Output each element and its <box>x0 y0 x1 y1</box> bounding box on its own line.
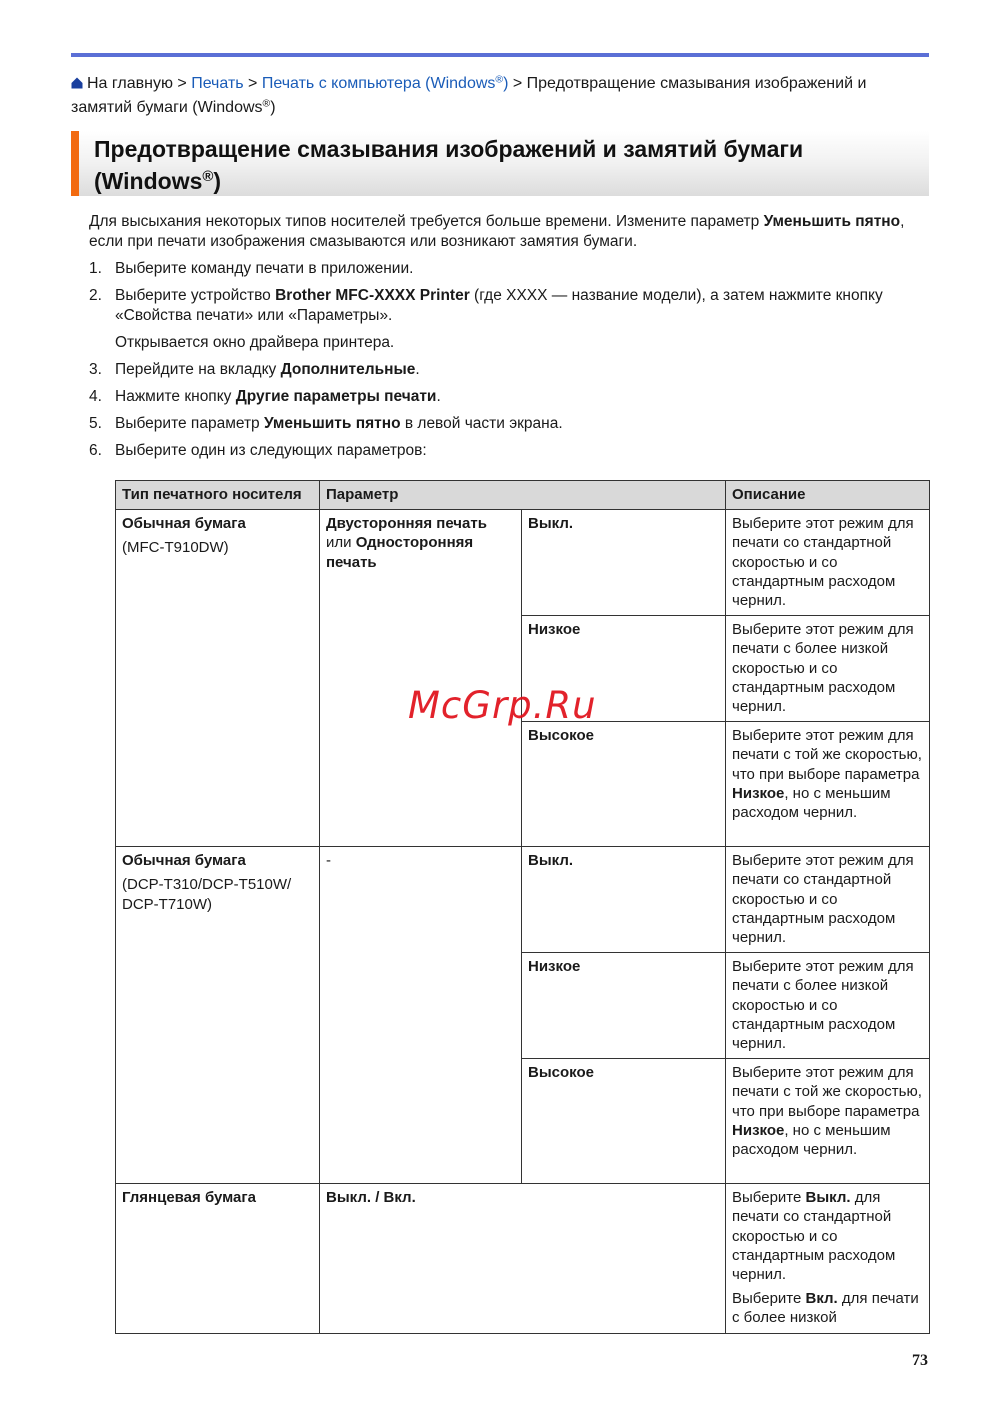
description-cell: Выберите этот режим для печати с той же … <box>726 1059 930 1184</box>
step-text: Выберите команду печати в приложении. <box>115 260 413 277</box>
breadcrumb-home[interactable]: На главную <box>87 75 173 92</box>
param-or: или <box>326 534 356 551</box>
step-item: 5.Выберите параметр Уменьшить пятно в ле… <box>89 414 929 434</box>
step-text: Нажмите кнопку <box>115 388 236 405</box>
header-parameter: Параметр <box>320 481 726 510</box>
description-cell: Выберите этот режим для печати с той же … <box>726 722 930 847</box>
breadcrumb-separator: > <box>173 75 191 92</box>
step-number: 3. <box>89 360 102 380</box>
param-bold: Выкл. / Вкл. <box>326 1189 416 1206</box>
step-text: Выберите параметр <box>115 415 264 432</box>
media-name: Глянцевая бумага <box>122 1189 256 1206</box>
description-cell: Выберите этот режим для печати с более н… <box>726 953 930 1059</box>
settings-table: Тип печатного носителя Параметр Описание… <box>115 480 930 1334</box>
breadcrumb-separator: > <box>508 75 526 92</box>
description-cell: Выберите этот режим для печати со станда… <box>726 510 930 616</box>
page-number: 73 <box>912 1352 928 1370</box>
page-title-text: Предотвращение смазывания изображений и … <box>94 136 803 194</box>
step-bold: Уменьшить пятно <box>264 415 401 432</box>
param-cell: - <box>320 847 522 1184</box>
step-number: 4. <box>89 387 102 407</box>
level-label: Низкое <box>528 621 580 638</box>
level-cell: Высокое <box>522 1059 726 1184</box>
table-header-row: Тип печатного носителя Параметр Описание <box>116 481 930 510</box>
step-number: 6. <box>89 441 102 461</box>
step-bold: Другие параметры печати <box>236 388 437 405</box>
home-icon[interactable] <box>71 77 83 89</box>
breadcrumb-link-text: Печать с компьютера (Windows <box>262 75 496 92</box>
param-cell: Двусторонняя печатьили Односторонняя печ… <box>320 510 522 847</box>
media-name: Обычная бумага <box>122 515 246 532</box>
registered-mark: ® <box>202 168 213 185</box>
intro-paragraph: Для высыхания некоторых типов носителей … <box>89 212 929 252</box>
desc-bold: Выкл. <box>806 1189 851 1206</box>
description-cell: Выберите этот режим для печати со станда… <box>726 847 930 953</box>
step-item: 3.Перейдите на вкладку Дополнительные. <box>89 360 929 380</box>
intro-text: Для высыхания некоторых типов носителей … <box>89 213 764 230</box>
level-cell: Низкое <box>522 616 726 722</box>
level-label: Низкое <box>528 958 580 975</box>
media-model: (DCP-T310/DCP-T510W/ DCP-T710W) <box>122 875 313 913</box>
step-text: Выберите один из следующих параметров: <box>115 442 427 459</box>
step-text: . <box>436 388 440 405</box>
breadcrumb-link-pc-print[interactable]: Печать с компьютера (Windows®) <box>262 75 509 92</box>
level-label: Выкл. <box>528 852 573 869</box>
step-text: Выберите устройство <box>115 287 275 304</box>
level-cell: Высокое <box>522 722 726 847</box>
header-description: Описание <box>726 481 930 510</box>
description-cell: Выберите Выкл. для печати со стандартной… <box>726 1184 930 1333</box>
step-text: . <box>415 361 419 378</box>
description-cell: Выберите этот режим для печати с более н… <box>726 616 930 722</box>
desc-text: Выберите <box>732 1189 805 1206</box>
step-number: 5. <box>89 414 102 434</box>
level-label: Высокое <box>528 727 594 744</box>
step-item: 1.Выберите команду печати в приложении. <box>89 259 929 279</box>
media-cell: Обычная бумага (MFC-T910DW) <box>116 510 320 847</box>
desc-bold: Вкл. <box>806 1290 838 1307</box>
registered-mark: ® <box>495 74 503 85</box>
breadcrumb-link-print[interactable]: Печать <box>191 75 243 92</box>
step-text: Перейдите на вкладку <box>115 361 281 378</box>
breadcrumb: На главную > Печать > Печать с компьютер… <box>71 72 929 120</box>
page-title: Предотвращение смазывания изображений и … <box>94 133 914 197</box>
breadcrumb-separator: > <box>244 75 262 92</box>
level-cell: Выкл. <box>522 510 726 616</box>
step-text: в левой части экрана. <box>401 415 563 432</box>
table-row: Глянцевая бумага Выкл. / Вкл. Выберите В… <box>116 1184 930 1333</box>
table-row: Обычная бумага (MFC-T910DW) Двусторонняя… <box>116 510 930 616</box>
title-accent-bar <box>71 131 79 196</box>
param-cell: Выкл. / Вкл. <box>320 1184 726 1333</box>
media-cell: Обычная бумага (DCP-T310/DCP-T510W/ DCP-… <box>116 847 320 1184</box>
top-rule <box>71 53 929 57</box>
breadcrumb-close-paren: ) <box>270 99 275 116</box>
desc-text: Выберите <box>732 1290 805 1307</box>
step-subtext: Открывается окно драйвера принтера. <box>115 333 929 353</box>
desc-bold: Низкое <box>732 785 784 802</box>
level-label: Высокое <box>528 1064 594 1081</box>
intro-bold: Уменьшить пятно <box>764 213 901 230</box>
page-title-close: ) <box>213 168 221 194</box>
desc-text: Выберите этот режим для печати с той же … <box>732 1064 922 1119</box>
table-row: Обычная бумага (DCP-T310/DCP-T510W/ DCP-… <box>116 847 930 953</box>
content: Для высыхания некоторых типов носителей … <box>89 212 929 468</box>
param-bold: Двусторонняя печать <box>326 515 487 532</box>
step-item: 4.Нажмите кнопку Другие параметры печати… <box>89 387 929 407</box>
step-number: 2. <box>89 286 102 306</box>
media-name: Обычная бумага <box>122 852 246 869</box>
step-bold: Дополнительные <box>281 361 416 378</box>
step-item: 2.Выберите устройство Brother MFC-XXXX P… <box>89 286 929 353</box>
media-cell: Глянцевая бумага <box>116 1184 320 1333</box>
step-bold: Brother MFC-XXXX Printer <box>275 287 470 304</box>
title-bar: Предотвращение смазывания изображений и … <box>71 131 929 196</box>
step-number: 1. <box>89 259 102 279</box>
header-media-type: Тип печатного носителя <box>116 481 320 510</box>
level-label: Выкл. <box>528 515 573 532</box>
desc-bold: Низкое <box>732 1122 784 1139</box>
steps-list: 1.Выберите команду печати в приложении. … <box>89 259 929 461</box>
level-cell: Выкл. <box>522 847 726 953</box>
desc-text: Выберите этот режим для печати с той же … <box>732 727 922 782</box>
media-model: (MFC-T910DW) <box>122 538 313 557</box>
level-cell: Низкое <box>522 953 726 1059</box>
step-item: 6.Выберите один из следующих параметров: <box>89 441 929 461</box>
